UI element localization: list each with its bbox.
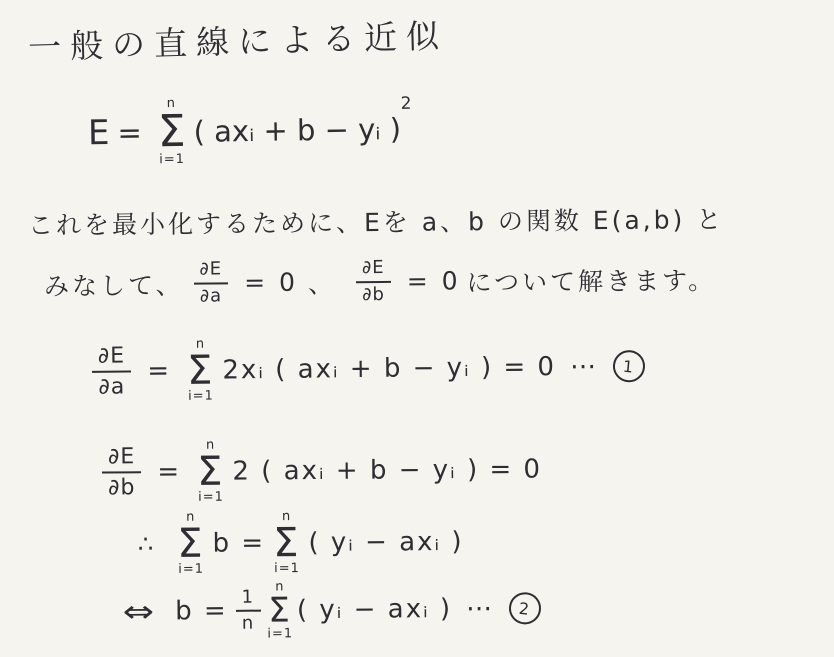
sum-lower-limit: i=1: [178, 563, 204, 577]
sigma-summation: n Σ i=1: [197, 439, 225, 506]
sigma-summation: n Σ i=1: [187, 338, 215, 405]
fraction-dE-da: ∂E ∂a: [92, 343, 132, 400]
sigma-symbol: Σ: [197, 453, 225, 491]
equation-e-definition: E = n Σ i=1 ( axᵢ + b − yᵢ ) 2: [88, 94, 413, 169]
sigma-summation: n Σ i=1: [267, 580, 293, 641]
comma-separator: 、: [308, 264, 336, 300]
text-tokimasu: について解きます。: [466, 261, 716, 299]
fraction-numerator: 1: [236, 587, 262, 612]
equals-sign: =: [117, 116, 142, 150]
fraction-1-over-n: 1 n: [236, 587, 262, 635]
equation-sum-b: ∴ n Σ i=1 b = n Σ i=1 ( yᵢ − axᵢ ): [138, 509, 464, 578]
equals-zero: = 0: [407, 266, 461, 295]
fraction-numerator: ∂E: [356, 258, 391, 283]
ellipsis-dots: ⋯: [570, 352, 599, 382]
text-minashite: みなして、: [44, 265, 184, 302]
expression-body: 2 ( axᵢ + b − yᵢ ) = 0: [232, 455, 542, 487]
equals-sign: =: [147, 356, 171, 386]
handwritten-note: 一般の直線による近似 E = n Σ i=1 ( axᵢ + b − yᵢ ) …: [0, 0, 834, 657]
fraction-dE-db: ∂E ∂b: [102, 444, 142, 501]
fraction-denominator: ∂b: [102, 474, 142, 502]
fraction-dE-da: ∂E ∂a: [193, 259, 228, 307]
b-equals: b =: [212, 529, 265, 559]
sigma-summation: n Σ i=1: [157, 97, 186, 168]
sigma-summation: n Σ i=1: [177, 511, 205, 578]
fraction-denominator: n: [236, 612, 262, 635]
equals-sign: =: [157, 457, 181, 487]
sum-lower-limit: i=1: [274, 562, 300, 576]
fraction-dE-db: ∂E ∂b: [356, 258, 391, 306]
equation-b-solution: ⇔ b = 1 n n Σ i=1 ( yᵢ − axᵢ ) ⋯ 2: [126, 578, 542, 643]
expression-body: ( axᵢ + b − yᵢ ): [193, 112, 401, 149]
fraction-numerator: ∂E: [193, 259, 228, 284]
paragraph-line-1: これを最小化するために、Eを a、b の関数 E(a,b) と: [28, 200, 725, 242]
fraction-denominator: ∂a: [92, 373, 131, 401]
equation-dE-da: ∂E ∂a = n Σ i=1 2xᵢ ( axᵢ + b − yᵢ ) = 0…: [84, 333, 646, 405]
equation-label-1-circle: 1: [612, 349, 647, 384]
sigma-symbol: Σ: [177, 525, 205, 563]
fraction-denominator: ∂b: [356, 283, 391, 306]
ellipsis-dots: ⋯: [466, 594, 495, 624]
sigma-symbol: Σ: [187, 352, 215, 390]
equation-label-2-circle: 2: [508, 591, 543, 626]
expression-body: 2xᵢ ( axᵢ + b − yᵢ ) = 0: [222, 352, 556, 385]
therefore-symbol: ∴: [138, 530, 155, 558]
exponent: 2: [401, 94, 412, 114]
b-equals: b =: [175, 596, 228, 626]
equals-zero: = 0: [244, 268, 298, 297]
sum-lower-limit: i=1: [188, 390, 214, 405]
sigma-summation: n Σ i=1: [273, 510, 301, 577]
fraction-denominator: ∂a: [194, 284, 229, 307]
expression-body: ( yᵢ − axᵢ ): [308, 527, 463, 558]
sum-lower-limit: i=1: [159, 153, 185, 168]
sigma-symbol: Σ: [158, 111, 186, 153]
sigma-symbol: Σ: [273, 524, 301, 562]
paragraph-line-2: みなして、 ∂E ∂a = 0 、 ∂E ∂b = 0 について解きます。: [44, 255, 716, 308]
expression-body: ( yᵢ − axᵢ ): [297, 594, 452, 625]
sum-lower-limit: i=1: [198, 491, 224, 505]
note-title: 一般の直線による近似: [27, 10, 448, 69]
sigma-symbol: Σ: [268, 595, 292, 628]
iff-arrow-symbol: ⇔: [122, 594, 156, 629]
fraction-numerator: ∂E: [102, 444, 141, 474]
e-symbol: E: [88, 113, 110, 153]
equation-dE-db: ∂E ∂b = n Σ i=1 2 ( axᵢ + b − yᵢ ) = 0: [94, 436, 543, 506]
sum-lower-limit: i=1: [267, 627, 293, 642]
fraction-numerator: ∂E: [92, 343, 132, 373]
